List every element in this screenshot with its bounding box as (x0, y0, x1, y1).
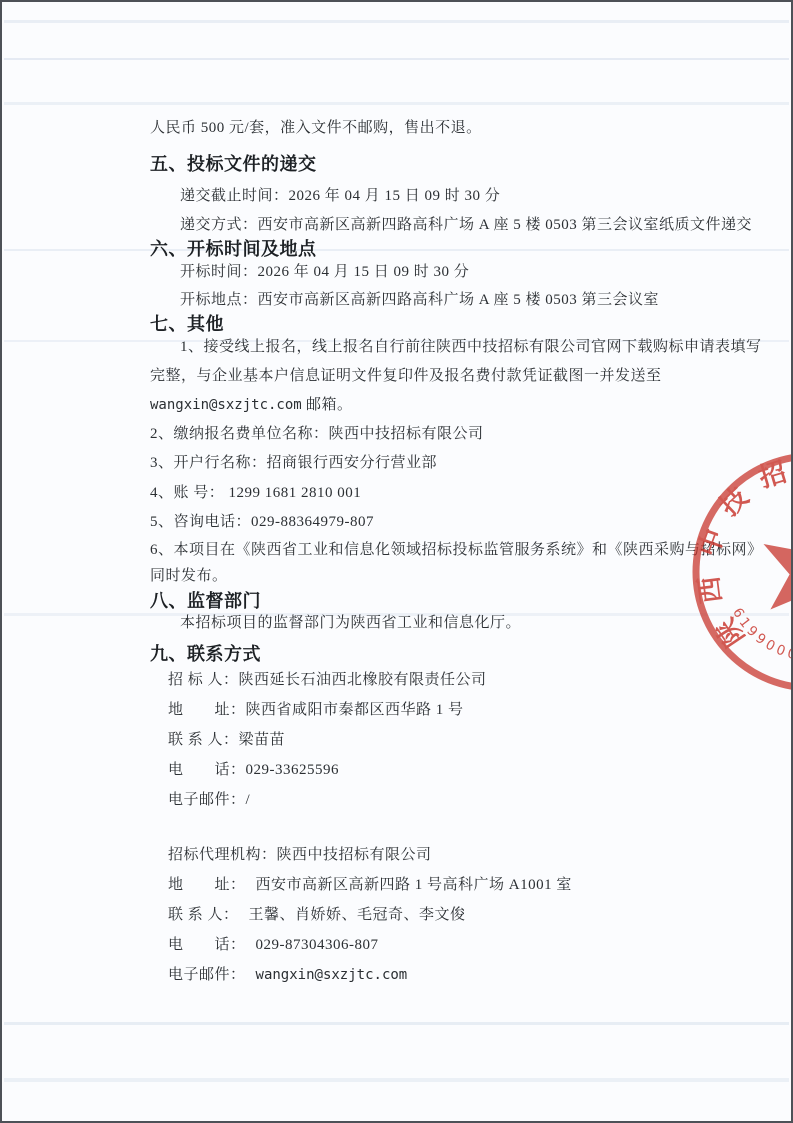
section-8-title: 八、监督部门 (150, 590, 731, 612)
agency-contact-row: 联 系 人：王馨、肖娇娇、毛冠奇、李文俊 (150, 907, 731, 924)
submission-method-line: 递交方式：西安市高新区高新四路高科广场 A 座 5 楼 0503 第三会议室纸质… (150, 217, 731, 234)
agency-name-row: 招标代理机构：陕西中技招标有限公司 (150, 847, 731, 864)
agency-contact-label: 联 系 人： (168, 907, 239, 924)
other-item5-line: 5、咨询电话：029-88364979-807 (150, 514, 731, 531)
tenderer-phone-row: 电 话：029-33625596 (150, 762, 731, 779)
other-item1-line1: 1、接受线上报名，线上报名自行前往陕西中技招标有限公司官网下载购标申请表填写 (150, 339, 731, 356)
tenderer-phone-value: 029-33625596 (246, 762, 340, 778)
bid-opening-place-line: 开标地点：西安市高新区高新四路高科广场 A 座 5 楼 0503 第三会议室 (150, 292, 731, 309)
agency-email-value: wangxin@sxzjtc.com (246, 967, 408, 983)
tenderer-contact-label: 联 系 人： (168, 732, 239, 749)
supervision-line: 本招标项目的监督部门为陕西省工业和信息化厅。 (150, 615, 731, 632)
other-item3-line: 3、开户行名称：招商银行西安分行营业部 (150, 455, 731, 472)
agency-contact-value: 王馨、肖娇娇、毛冠奇、李文俊 (239, 907, 466, 923)
scan-artifact (4, 1022, 789, 1025)
section-6-title: 六、开标时间及地点 (150, 238, 731, 260)
section-9-title: 九、联系方式 (150, 643, 731, 665)
tenderer-name-label: 招 标 人： (168, 672, 239, 689)
scan-artifact (4, 1078, 789, 1082)
other-item6-line2: 同时发布。 (150, 568, 731, 585)
agency-phone-row: 电 话：029-87304306-807 (150, 937, 731, 954)
agency-address-row: 地 址：西安市高新区高新四路 1 号高科广场 A1001 室 (150, 877, 731, 894)
tenderer-contact-row: 联 系 人：梁苗苗 (150, 732, 731, 749)
document-page: 人民币 500 元/套，准入文件不邮购，售出不退。 五、投标文件的递交 递交截止… (0, 0, 793, 1123)
tenderer-email-value: / (246, 792, 251, 808)
document-content: 人民币 500 元/套，准入文件不邮购，售出不退。 五、投标文件的递交 递交截止… (2, 2, 791, 984)
section-5-title: 五、投标文件的递交 (150, 153, 731, 175)
tenderer-address-label: 地 址： (168, 702, 246, 719)
agency-name-value: 陕西中技招标有限公司 (277, 847, 432, 863)
tenderer-email-row: 电子邮件：/ (150, 792, 731, 809)
submission-deadline-line: 递交截止时间：2026 年 04 月 15 日 09 时 30 分 (150, 188, 731, 205)
signup-email-suffix: 邮箱。 (302, 397, 353, 413)
other-item2-line: 2、缴纳报名费单位名称：陕西中技招标有限公司 (150, 426, 731, 443)
section-7-title: 七、其他 (150, 313, 731, 335)
other-item1-line3: wangxin@sxzjtc.com 邮箱。 (150, 397, 731, 414)
agency-name-label: 招标代理机构： (168, 847, 277, 864)
price-note-line: 人民币 500 元/套，准入文件不邮购，售出不退。 (150, 120, 731, 137)
other-item1-line2: 完整，与企业基本户信息证明文件复印件及报名费付款凭证截图一并发送至 (150, 368, 731, 385)
signup-email-text: wangxin@sxzjtc.com (150, 397, 302, 413)
tenderer-email-label: 电子邮件： (168, 792, 246, 809)
tenderer-address-row: 地 址：陕西省咸阳市秦都区西华路 1 号 (150, 702, 731, 719)
agency-email-row: 电子邮件：wangxin@sxzjtc.com (150, 967, 731, 984)
tenderer-phone-label: 电 话： (168, 762, 246, 779)
bid-opening-time-line: 开标时间：2026 年 04 月 15 日 09 时 30 分 (150, 264, 731, 281)
agency-phone-value: 029-87304306-807 (246, 937, 379, 953)
other-item6-line1: 6、本项目在《陕西省工业和信息化领域招标投标监管服务系统》和《陕西采购与招标网》 (150, 542, 731, 559)
agency-phone-label: 电 话： (168, 937, 246, 954)
tenderer-name-value: 陕西延长石油西北橡胶有限责任公司 (239, 672, 487, 688)
agency-address-value: 西安市高新区高新四路 1 号高科广场 A1001 室 (246, 877, 572, 893)
tenderer-contact-value: 梁苗苗 (239, 732, 286, 748)
agency-email-label: 电子邮件： (168, 967, 246, 984)
tenderer-address-value: 陕西省咸阳市秦都区西华路 1 号 (246, 702, 464, 718)
agency-address-label: 地 址： (168, 877, 246, 894)
tenderer-name-row: 招 标 人：陕西延长石油西北橡胶有限责任公司 (150, 672, 731, 689)
other-item4-line: 4、账 号： 1299 1681 2810 001 (150, 485, 731, 502)
